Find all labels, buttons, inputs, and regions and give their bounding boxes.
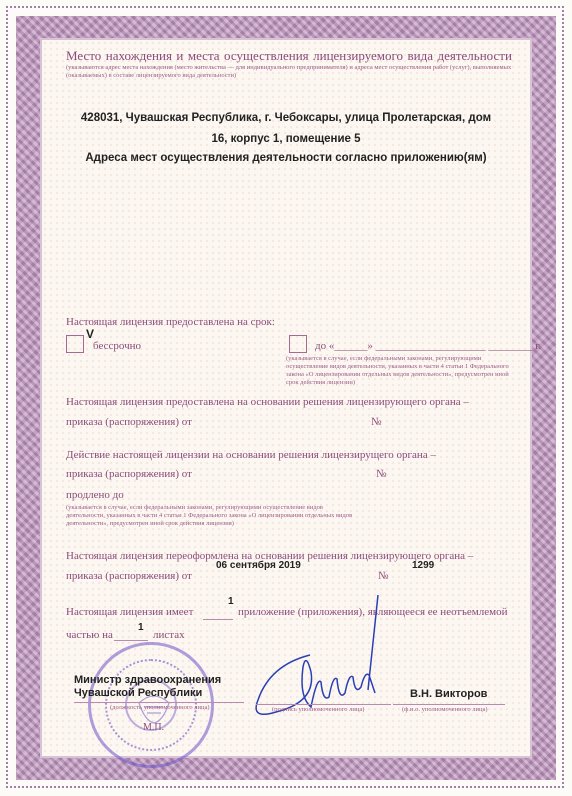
extended-note: (указывается в случае, если федеральными…: [66, 504, 356, 528]
until-date-note: (указывается в случае, если федеральными…: [286, 355, 512, 387]
address-line-2: 16, корпус 1, помещение 5: [76, 133, 496, 145]
heading-word: деятельности: [437, 48, 511, 64]
appendix-part-label: частью на: [66, 629, 113, 641]
heading-word: места: [188, 48, 220, 64]
heading-word: Место: [66, 48, 101, 64]
signature-underline: [256, 704, 391, 705]
name-underline: [393, 704, 505, 705]
signature-scribble-icon: [250, 595, 390, 745]
reissued-date-value: 06 сентября 2019: [216, 560, 301, 571]
heading-word: и: [176, 48, 183, 64]
extended-line-2: приказа (распоряжения) от: [66, 468, 192, 480]
appendix-count-underline: [203, 619, 233, 620]
heading-word: лицензируемого: [313, 48, 403, 64]
granted-line-2: приказа (распоряжения) от: [66, 416, 192, 428]
seal-label: М.П.: [143, 722, 164, 733]
position-line-1: Министр здравоохранения: [74, 674, 221, 686]
until-date-label: до «______» ____________________ _______…: [315, 340, 541, 352]
indefinite-label: бессрочно: [93, 340, 141, 352]
extended-until-label: продлено до: [66, 489, 124, 501]
term-label: Настоящая лицензия предоставлена на срок…: [66, 316, 275, 328]
indefinite-checkbox[interactable]: [66, 335, 84, 353]
reissued-line-2: приказа (распоряжения) от: [66, 570, 192, 582]
location-note: (указываются адрес места нахождения (мес…: [66, 64, 514, 80]
position-caption: (должность уполномоченного лица): [110, 704, 210, 712]
places-line: Адреса мест осуществления деятельности с…: [76, 152, 496, 164]
sheets-count-value: 1: [138, 622, 144, 633]
license-content: Место нахождения и места осуществления л…: [0, 0, 572, 796]
appendix-count-value: 1: [228, 596, 234, 607]
reissued-number-value: 1299: [412, 560, 434, 571]
sheets-count-underline: [114, 640, 148, 641]
signatory-name: В.Н. Викторов: [410, 688, 487, 700]
granted-number-label: №: [371, 416, 382, 428]
position-line-2: Чувашской Республики: [74, 687, 202, 699]
signature-caption: (подпись уполномоченного лица): [272, 706, 364, 714]
heading-word: нахождения: [106, 48, 172, 64]
heading-word: осуществления: [224, 48, 309, 64]
granted-line-1: Настоящая лицензия предоставлена на осно…: [66, 396, 469, 408]
location-heading: Место нахождения и места осуществления л…: [66, 48, 512, 64]
sheets-label: листах: [153, 629, 185, 641]
name-caption: (ф.и.о. уполномоченного лица): [402, 706, 488, 714]
until-date-checkbox[interactable]: [289, 335, 307, 353]
extended-line-1: Действие настоящей лицензии на основании…: [66, 449, 436, 461]
indefinite-check-mark: V: [86, 327, 94, 341]
address-line-1: 428031, Чувашская Республика, г. Чебокса…: [76, 112, 496, 124]
position-underline: [74, 702, 244, 703]
appendix-text-before: Настоящая лицензия имеет: [66, 606, 193, 618]
heading-word: вида: [408, 48, 433, 64]
reissued-number-label: №: [378, 570, 389, 582]
extended-number-label: №: [376, 468, 387, 480]
